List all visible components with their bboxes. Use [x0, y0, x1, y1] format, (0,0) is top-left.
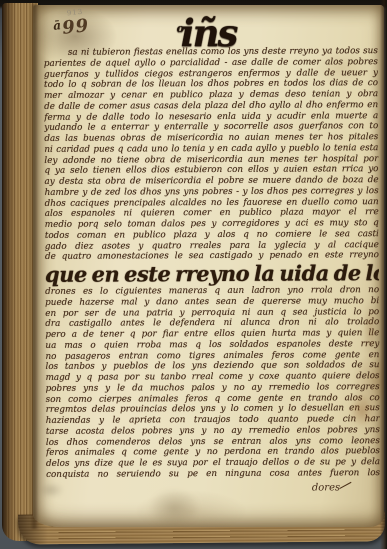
chapter-heading: que en este rreyno la uida de los la	[45, 261, 379, 287]
photo-backdrop: 913 ā 99 oiñs sa ni tubieron fiestas ene…	[0, 0, 387, 549]
catchword: dores	[46, 482, 380, 495]
catchword-flourish	[340, 481, 352, 489]
paragraph-top: sa ni tubieron fiestas enellas como los …	[44, 46, 379, 263]
manuscript-text-line: conquista no seruiendo su pe en ninguna …	[46, 468, 380, 480]
monogram-abbreviation-ring: o	[177, 10, 184, 48]
manuscript-text-column: sa ni tubieron fiestas enellas como los …	[44, 46, 380, 494]
paragraph-bottom: drones es lo ciguientes maneras q aun la…	[45, 285, 380, 480]
catchword-text: dores	[312, 482, 340, 493]
